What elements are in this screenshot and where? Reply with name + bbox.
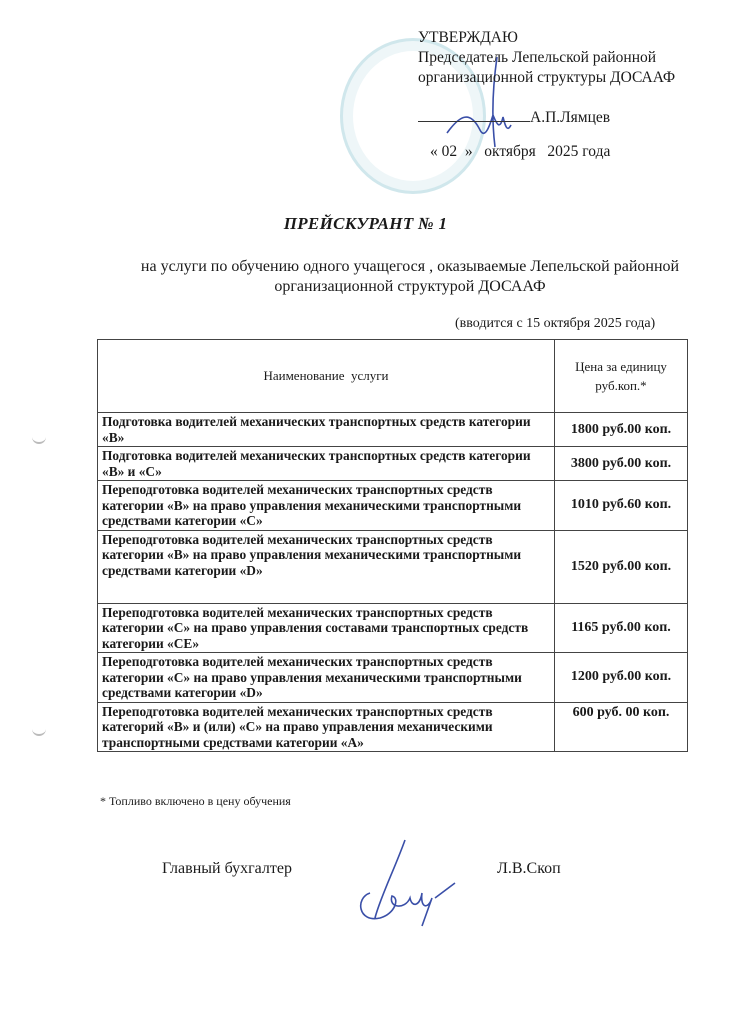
table-row: Переподготовка водителей механических тр… bbox=[98, 530, 688, 603]
table-row: Подготовка водителей механических трансп… bbox=[98, 413, 688, 447]
approval-block: УТВЕРЖДАЮ Председатель Лепельской районн… bbox=[418, 28, 718, 162]
approval-position-line1: Председатель Лепельской районной bbox=[418, 48, 718, 68]
effective-date: (вводится с 15 октября 2025 года) bbox=[455, 316, 655, 332]
header-service: Наименование услуги bbox=[98, 340, 555, 413]
service-price: 1520 руб.00 коп. bbox=[555, 530, 688, 603]
table-header-row: Наименование услуги Цена за единицу руб.… bbox=[98, 340, 688, 413]
header-price: Цена за единицу руб.коп.* bbox=[555, 340, 688, 413]
service-name: Переподготовка водителей механических тр… bbox=[98, 653, 555, 703]
service-price: 1165 руб.00 коп. bbox=[555, 603, 688, 653]
service-name: Подготовка водителей механических трансп… bbox=[98, 447, 555, 481]
accountant-name: Л.В.Скоп bbox=[497, 860, 561, 878]
service-name: Подготовка водителей механических трансп… bbox=[98, 413, 555, 447]
price-table: Наименование услуги Цена за единицу руб.… bbox=[97, 339, 688, 752]
page-title: ПРЕЙСКУРАНТ № 1 bbox=[0, 214, 731, 234]
page-subtitle: на услуги по обучению одного учащегося ,… bbox=[95, 257, 725, 297]
punch-hole-mark bbox=[32, 436, 46, 444]
service-name: Переподготовка водителей механических тр… bbox=[98, 702, 555, 752]
footnote: * Топливо включено в цену обучения bbox=[100, 794, 291, 809]
approval-position-line2: организационной структуры ДОСААФ bbox=[418, 68, 718, 88]
approval-signature-line: А.П.Лямцев bbox=[418, 107, 718, 128]
approval-signatory: А.П.Лямцев bbox=[530, 109, 610, 126]
accountant-signature-icon bbox=[350, 838, 460, 928]
table-row: Переподготовка водителей механических тр… bbox=[98, 603, 688, 653]
service-price: 600 руб. 00 коп. bbox=[555, 702, 688, 752]
signature-blank bbox=[418, 107, 530, 122]
table-row: Переподготовка водителей механических тр… bbox=[98, 653, 688, 703]
table-row: Переподготовка водителей механических тр… bbox=[98, 702, 688, 752]
service-name: Переподготовка водителей механических тр… bbox=[98, 481, 555, 531]
service-price: 1800 руб.00 коп. bbox=[555, 413, 688, 447]
service-price: 3800 руб.00 коп. bbox=[555, 447, 688, 481]
service-price: 1010 руб.60 коп. bbox=[555, 481, 688, 531]
service-price: 1200 руб.00 коп. bbox=[555, 653, 688, 703]
approval-heading: УТВЕРЖДАЮ bbox=[418, 28, 718, 48]
approval-date: « 02 » октября 2025 года bbox=[430, 142, 718, 162]
accountant-title: Главный бухгалтер bbox=[162, 860, 292, 878]
service-name: Переподготовка водителей механических тр… bbox=[98, 603, 555, 653]
service-name: Переподготовка водителей механических тр… bbox=[98, 530, 555, 603]
table-row: Подготовка водителей механических трансп… bbox=[98, 447, 688, 481]
table-row: Переподготовка водителей механических тр… bbox=[98, 481, 688, 531]
punch-hole-mark bbox=[32, 728, 46, 736]
